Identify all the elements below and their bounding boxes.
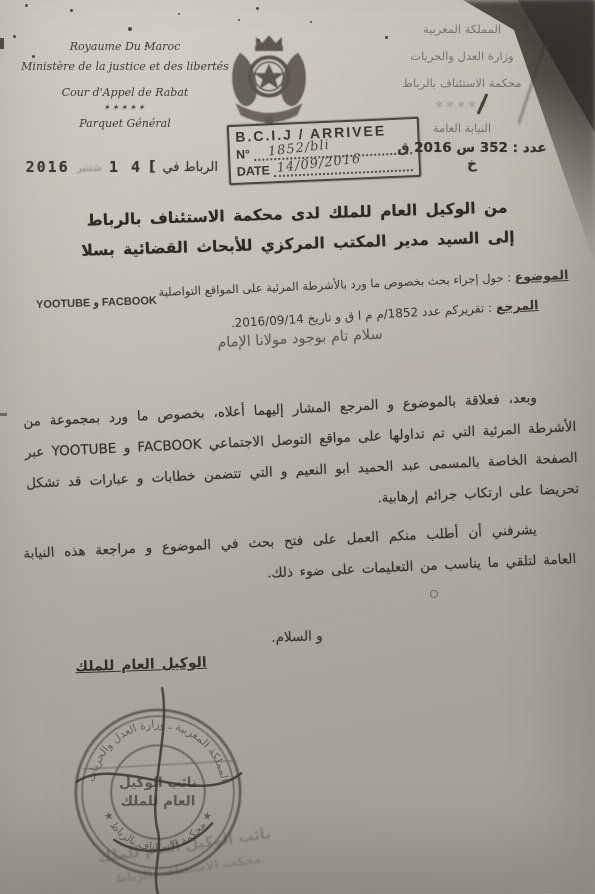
pen-mark — [430, 590, 438, 598]
letterhead-fr-kingdom: Royaume Du Maroc — [16, 40, 234, 53]
date-line: الرباط في ] 1 4 شتنبر 2016 — [18, 158, 218, 176]
date-month: شتنبر — [77, 161, 102, 174]
arrival-stamp-date-label: DATE — [237, 163, 271, 178]
ink-speck — [0, 38, 4, 49]
ink-speck — [145, 45, 147, 47]
reference-text: : تقريركم عدد 1852/م م ا ق و تاريخ 2016/… — [230, 301, 492, 330]
ink-speck — [256, 7, 259, 10]
date-stamp-bracket: ] — [149, 159, 155, 175]
letterhead-fr-court: Cour d'Appel de Rabat — [16, 86, 234, 99]
ink-speck — [13, 35, 16, 38]
date-day: 1 4 — [109, 158, 142, 176]
date-city-prefix: الرباط في — [162, 160, 218, 175]
ink-speck — [310, 21, 312, 23]
ink-speck — [0, 413, 7, 416]
body-paragraph-1: وبعد، فعلاقة بالموضوع و المرجع المشار إل… — [23, 381, 580, 531]
ink-speck — [25, 4, 28, 7]
subject-text: : حول إجراء بحث بخصوص ما ورد بالأشرطة ال… — [158, 270, 511, 299]
ink-speck — [258, 39, 260, 41]
arrival-stamp: B.C.I.J / ARRIVEE N° 1852/bli DATE 14/09… — [227, 117, 421, 185]
letterhead-ar-court: محكمة الاستئناف بالرباط — [378, 70, 546, 97]
ink-speck — [178, 13, 180, 15]
ink-speck — [128, 27, 132, 31]
arrival-stamp-number-label: N° — [236, 147, 251, 162]
letterhead-fr-stars: ✶✶✶✶✶ — [16, 103, 234, 112]
date-year: 2016 — [26, 158, 70, 176]
ink-speck — [32, 55, 35, 58]
letterhead-french: Royaume Du Maroc Ministère de la justice… — [16, 40, 234, 130]
ink-speck — [385, 36, 388, 39]
letterhead-fr-ministry: Ministère de la justice et des libertés — [16, 60, 234, 73]
signatory-title: الوكيل العام للملك — [56, 654, 226, 676]
seal-center-line2: العام للملك — [121, 794, 196, 810]
closing-salutation: و السلام. — [232, 627, 362, 648]
reference-label: المرجع — [495, 297, 539, 315]
scanned-letter-page: Royaume Du Maroc Ministère de la justice… — [0, 0, 595, 894]
letter-title: من الوكيل العام للملك لدى محكمة الاستئنا… — [0, 190, 595, 269]
subject-latin-sites: FACBOOK و YOOTUBE — [36, 294, 157, 311]
letterhead-fr-parquet: Parquet Général — [16, 117, 234, 130]
subject-label: الموضوع — [514, 267, 568, 284]
ink-speck — [238, 19, 240, 21]
ink-speck — [70, 9, 73, 12]
